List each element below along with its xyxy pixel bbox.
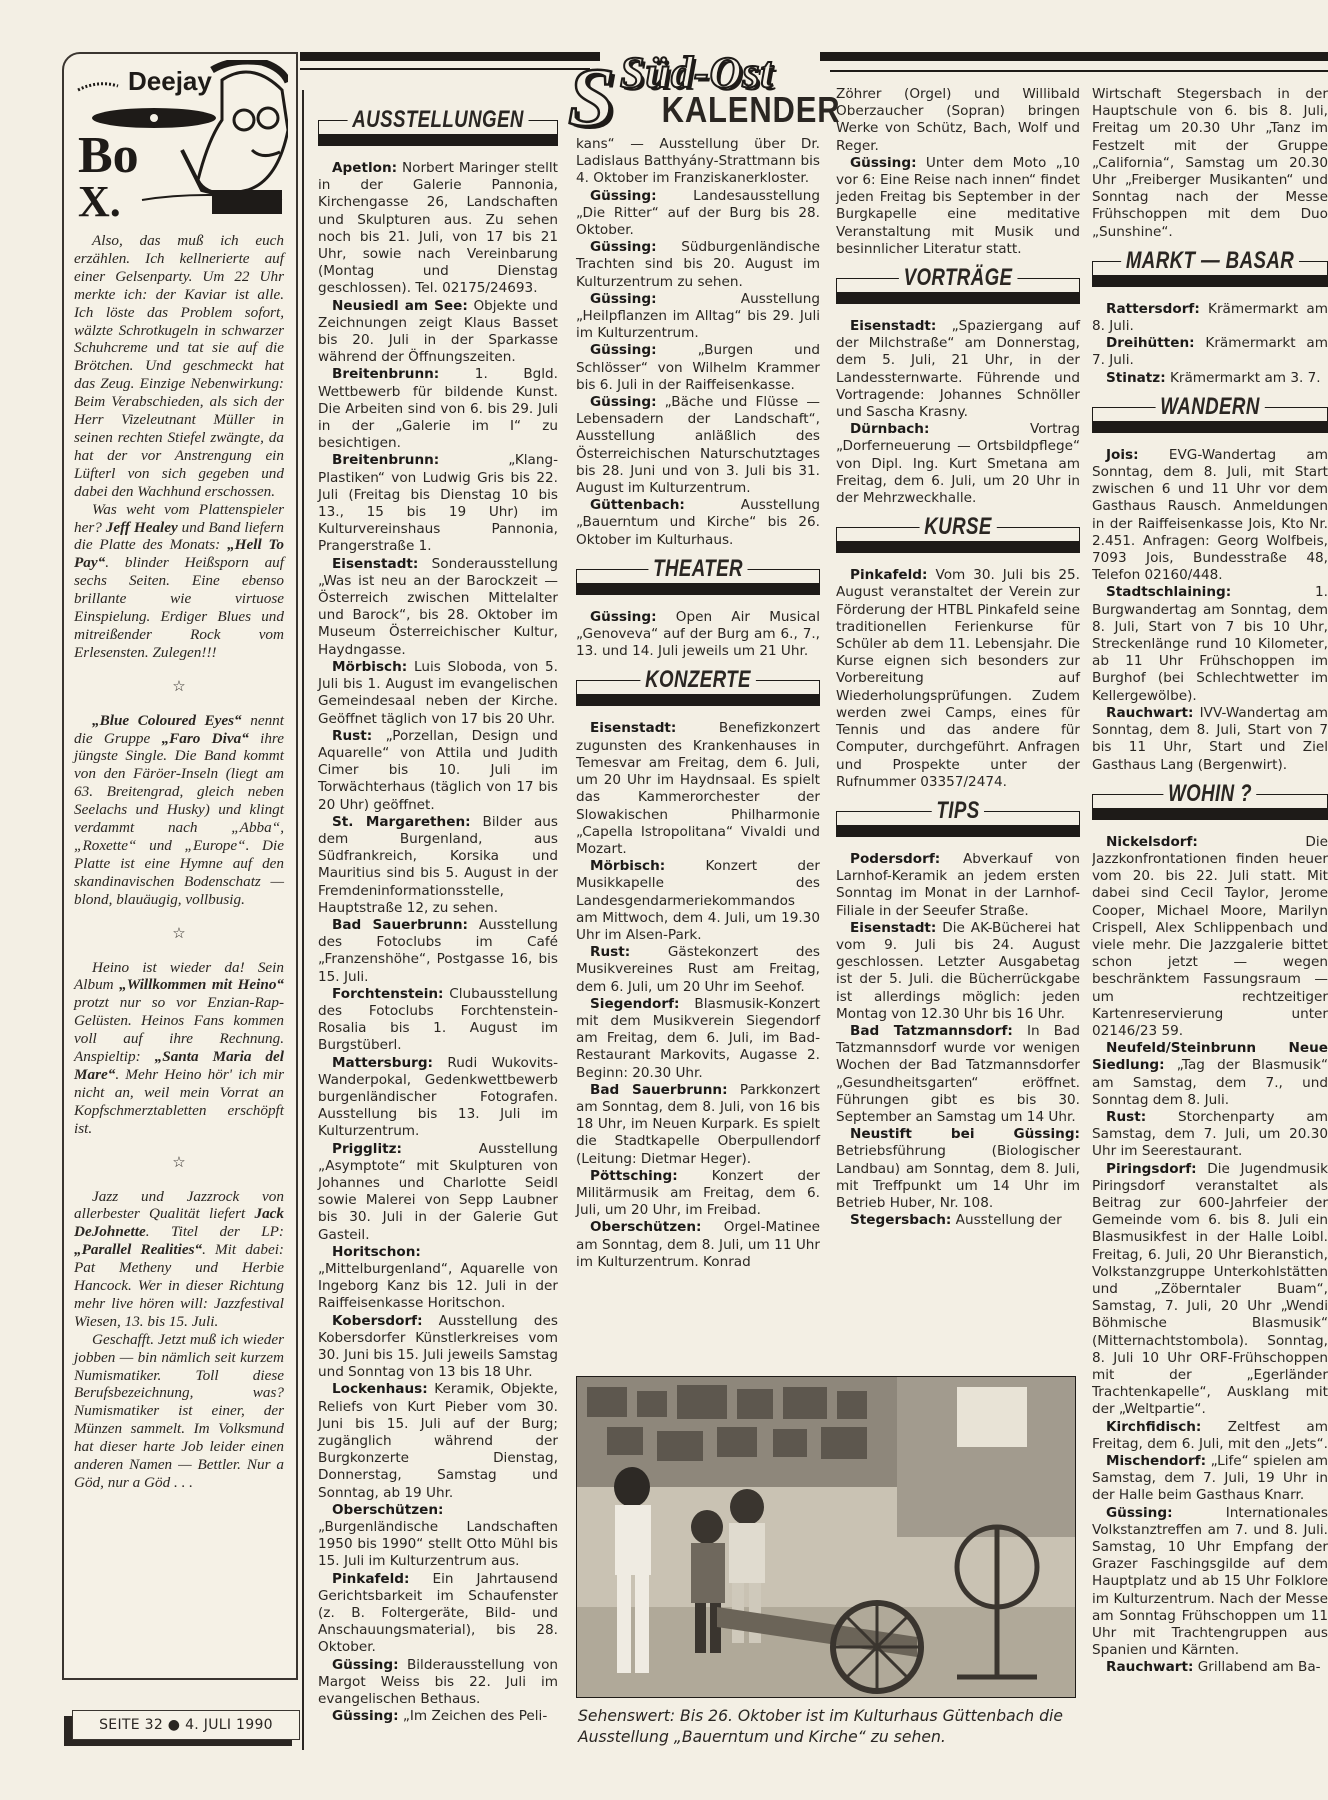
section-header-konzerte: KONZERTE (576, 666, 820, 710)
event-entry: Forchtenstein: Clubausstellung des Fotoc… (318, 986, 558, 1055)
paragraph-text: Geschafft. Jetzt muß ich wieder jobben —… (74, 1331, 284, 1491)
event-text: Die Jazzkonfrontationen finden heuer vom… (1092, 834, 1328, 1039)
event-entry: Rust: Storchenparty am Samstag, dem 7. J… (1092, 1109, 1328, 1161)
section-bar (836, 541, 1080, 553)
event-place: Apetlon: (332, 160, 397, 176)
event-place: Horitschon: (332, 1244, 421, 1260)
event-place: Rust: (590, 944, 630, 960)
event-entry: Pinkafeld: Vom 30. Juli bis 25. August v… (836, 567, 1080, 791)
event-place: Bad Tatzmannsdorf: (850, 1023, 1013, 1039)
photo-illustration-icon (577, 1377, 1075, 1697)
event-entry: Bad Sauerbrunn: Ausstellung des Fotoclub… (318, 917, 558, 986)
deejay-paragraph: Heino ist wieder da! Sein Album „Willkom… (74, 959, 284, 1138)
column-3: Zöhrer (Orgel) und Willibald Oberzaucher… (836, 86, 1080, 1366)
event-text: „Mittelburgenland“, Aquarelle von Ingebo… (318, 1261, 558, 1311)
event-place: Stadtschlaining: (1106, 584, 1231, 600)
section-bar (318, 134, 558, 146)
event-entry: Güssing: „Im Zeichen des Peli- (318, 1708, 558, 1725)
event-entry: Eisenstadt: Sonderausstellung „Was ist n… (318, 556, 558, 659)
event-place: Siegendorf: (590, 996, 679, 1012)
section-bar (836, 825, 1080, 837)
event-text: Norbert Maringer stellt in der Galerie P… (318, 160, 558, 296)
event-place: Pöttsching: (590, 1168, 678, 1184)
event-entry: Güssing: Landesausstellung „Die Ritter“ … (576, 188, 820, 240)
star-separator-icon: ☆ (74, 678, 284, 696)
event-place: Mörbisch: (590, 858, 665, 874)
event-place: Rust: (1106, 1109, 1146, 1125)
event-entry: Güssing: Unter dem Moto „10 vor 6: Eine … (836, 155, 1080, 258)
section-bar (576, 694, 820, 706)
event-place: Lockenhaus: (332, 1381, 428, 1397)
event-entry: Dreihütten: Krämermarkt am 7. Juli. (1092, 335, 1328, 369)
event-place: Prigglitz: (332, 1141, 402, 1157)
event-place: Stegersbach: (850, 1212, 951, 1228)
event-text: Vom 30. Juli bis 25. August veranstaltet… (836, 567, 1080, 789)
highlight-title: „Blue Coloured Eyes“ (92, 712, 242, 729)
event-place: Eisenstadt: (850, 318, 936, 334)
event-place: Stinatz: (1106, 370, 1166, 386)
section-bar (836, 292, 1080, 304)
star-separator-icon: ☆ (74, 925, 284, 943)
event-place: St. Margarethen: (332, 814, 471, 830)
section-bar (1092, 421, 1328, 433)
event-entry: Güssing: Ausstellung „Heilpflanzen im Al… (576, 291, 820, 343)
event-entry: Eisenstadt: „Spaziergang auf der Milchst… (836, 318, 1080, 421)
section-header-kurse: KURSE (836, 513, 1080, 557)
event-entry: Neufeld/Steinbrunn Neue Siedlung: „Tag d… (1092, 1040, 1328, 1109)
star-separator-icon: ☆ (74, 1154, 284, 1172)
event-entry: Bad Tatzmannsdorf: In Bad Tatzmannsdorf … (836, 1023, 1080, 1126)
event-place: Eisenstadt: (590, 720, 676, 736)
event-place: Güssing: (590, 342, 657, 358)
event-entry: Oberschützen: „Burgenländische Landschaf… (318, 1502, 558, 1571)
event-entry: Stadtschlaining: 1. Burgwandertag am Son… (1092, 584, 1328, 704)
event-entry: Neusiedl am See: Objekte und Zeichnungen… (318, 298, 558, 367)
event-text: „Im Zeichen des Peli- (399, 1708, 548, 1724)
section-header-wandern: WANDERN (1092, 393, 1328, 437)
event-place: Güssing: (590, 394, 657, 410)
event-entry: Apetlon: Norbert Maringer stellt in der … (318, 160, 558, 298)
deejay-box-text: Also, das muß ich euch erzählen. Ich kel… (74, 232, 284, 1492)
column-divider (302, 90, 304, 1750)
event-entry: Rust: „Porzellan, Design und Aquarelle“ … (318, 728, 558, 814)
event-place: Güssing: (1106, 1505, 1173, 1521)
event-entry: Nickelsdorf: Die Jazzkonfrontationen fin… (1092, 834, 1328, 1040)
deejay-paragraph: „Blue Coloured Eyes“ nennt die Gruppe „F… (74, 712, 284, 909)
event-place: Neusiedl am See: (332, 298, 468, 314)
event-entry: Piringsdorf: Die Jugendmusik Piringsdorf… (1092, 1161, 1328, 1419)
event-text: Benefizkonzert zugunsten des Krankenhaus… (576, 720, 820, 856)
event-place: Güssing: (590, 239, 657, 255)
event-text: Internationales Volkstanztreffen am 7. u… (1092, 1505, 1328, 1659)
kalender-title-kalender: KALENDER (610, 90, 840, 130)
event-entry: Oberschützen: Orgel-Matinee am Sonntag, … (576, 1219, 820, 1271)
section-header-theater: THEATER (576, 555, 820, 599)
kalender-title: S Süd-Ost KALENDER (580, 50, 830, 130)
column-4: Wirtschaft Stegersbach in der Hauptschul… (1092, 86, 1328, 1786)
paragraph-text: ihre jüngste Single. Die Band kommt von … (74, 730, 284, 908)
event-place: Rust: (332, 728, 372, 744)
event-entry: Lockenhaus: Keramik, Objekte, Reliefs vo… (318, 1381, 558, 1501)
highlight-title: „Faro Diva“ (162, 730, 249, 747)
event-entry: Stinatz: Krämermarkt am 3. 7. (1092, 370, 1328, 387)
deejay-paragraph: Was weht vom Plattenspieler her? Jeff He… (74, 501, 284, 662)
event-place: Güssing: (590, 291, 657, 307)
event-place: Dürnbach: (850, 421, 929, 437)
paragraph-text: Jazz und Jazzrock von allerbester Qualit… (74, 1188, 284, 1223)
column-1: AUSSTELLUNGENApetlon: Norbert Maringer s… (318, 100, 558, 1760)
event-entry: Rauchwart: Grillabend am Ba- (1092, 1659, 1328, 1676)
event-text: Keramik, Objekte, Reliefs von Kurt Piebe… (318, 1381, 558, 1500)
event-place: Rattersdorf: (1106, 301, 1200, 317)
event-entry: Mörbisch: Luis Sloboda, von 5. Juli bis … (318, 659, 558, 728)
kalender-title-s: S (568, 58, 615, 138)
event-place: Güssing: (590, 188, 657, 204)
section-header-wohin: WOHIN ? (1092, 780, 1328, 824)
event-place: Güssing: (850, 155, 917, 171)
event-place: Kirchfidisch: (1106, 1419, 1201, 1435)
exhibition-photo (576, 1376, 1076, 1698)
event-entry-continued: kans“ — Ausstellung über Dr. Ladislaus B… (576, 136, 820, 188)
event-entry: St. Margarethen: Bilder aus dem Burgenla… (318, 814, 558, 917)
event-place: Jois: (1106, 447, 1139, 463)
section-header-tips: TIPS (836, 797, 1080, 841)
event-place: Bad Sauerbrunn: (590, 1082, 728, 1098)
event-entry: Breitenbrunn: „Klang-Plastiken“ von Ludw… (318, 452, 558, 555)
event-entry: Rattersdorf: Krämermarkt am 8. Juli. (1092, 301, 1328, 335)
event-entry: Güssing: Internationales Volkstanztreffe… (1092, 1505, 1328, 1660)
event-place: Güssing: (332, 1708, 399, 1724)
event-place: Rauchwart: (1106, 1659, 1193, 1675)
event-entry-continued: Zöhrer (Orgel) und Willibald Oberzaucher… (836, 86, 1080, 155)
event-place: Güssing: (590, 609, 657, 625)
photo-caption: Sehenswert: Bis 26. Oktober ist im Kultu… (578, 1706, 1078, 1747)
event-text: Die Jugendmusik Piringsdorf veranstaltet… (1092, 1161, 1328, 1418)
paragraph-text: . blinder Heißsporn auf sechs Seiten. Ei… (74, 554, 284, 661)
highlight-title: „Parallel Realities“ (74, 1241, 202, 1258)
event-place: Podersdorf: (850, 851, 940, 867)
section-title: KURSE (920, 513, 997, 541)
event-place: Rauchwart: (1106, 705, 1193, 721)
event-place: Mörbisch: (332, 659, 407, 675)
deejay-box-logo: Deejay Bo X. (72, 60, 288, 220)
event-place: Pinkafeld: (332, 1571, 409, 1587)
event-entry: Kirchfidisch: Zeltfest am Freitag, dem 6… (1092, 1419, 1328, 1453)
event-place: Oberschützen: (590, 1219, 701, 1235)
event-entry: Prigglitz: Ausstellung „Asymptote“ mit S… (318, 1141, 558, 1244)
event-entry: Güssing: Open Air Musical „Genoveva“ auf… (576, 609, 820, 661)
top-rule-right (820, 52, 1328, 61)
svg-text:Deejay: Deejay (128, 66, 212, 96)
event-place: Piringsdorf: (1106, 1161, 1197, 1177)
event-place: Güttenbach: (590, 497, 685, 513)
event-text: 1. Burgwandertag am Sonntag, dem 8. Juli… (1092, 584, 1328, 703)
event-place: Neustift bei Güssing: (850, 1126, 1080, 1142)
event-entry: Eisenstadt: Die AK-Bücherei hat vom 9. J… (836, 920, 1080, 1023)
event-entry: Rust: Gästekonzert des Musikvereines Rus… (576, 944, 820, 996)
event-place: Breitenbrunn: (332, 366, 439, 382)
event-text: Betriebsführung (Biologischer Landbau) a… (836, 1143, 1080, 1211)
event-entry: Mattersburg: Rudi Wukovits-Wanderpokal, … (318, 1055, 558, 1141)
section-title: KONZERTE (640, 666, 755, 694)
event-entry: Güssing: „Bäche und Flüsse — Lebensadern… (576, 394, 820, 497)
column-2: kans“ — Ausstellung über Dr. Ladislaus B… (576, 136, 820, 1366)
event-place: Oberschützen: (332, 1502, 443, 1518)
event-entry: Pöttsching: Konzert der Militärmusik am … (576, 1168, 820, 1220)
highlight-title: Jeff Healey (106, 519, 178, 536)
event-place: Mattersburg: (332, 1055, 433, 1071)
event-entry: Dürnbach: Vortrag „Dorferneuerung — Orts… (836, 421, 1080, 507)
deejay-paragraph: Geschafft. Jetzt muß ich wieder jobben —… (74, 1331, 284, 1492)
event-entry: Rauchwart: IVV-Wandertag am Sonntag, dem… (1092, 705, 1328, 774)
event-entry: Podersdorf: Abverkauf von Larnhof-Kerami… (836, 851, 1080, 920)
event-place: Nickelsdorf: (1106, 834, 1198, 850)
svg-text:X.: X. (78, 177, 121, 220)
deejay-paragraph: Also, das muß ich euch erzählen. Ich kel… (74, 232, 284, 501)
section-header-ausstellungen: AUSSTELLUNGEN (318, 106, 558, 150)
section-header-vortraege: VORTRÄGE (836, 264, 1080, 308)
paragraph-text: Also, das muß ich euch erzählen. Ich kel… (74, 232, 284, 500)
event-entry: Horitschon: „Mittelburgenland“, Aquarell… (318, 1244, 558, 1313)
top-rule-left-thin (300, 68, 590, 70)
event-place: Güssing: (332, 1657, 399, 1673)
event-entry: Stegersbach: Ausstellung der (836, 1212, 1080, 1229)
svg-text:Bo: Bo (78, 127, 139, 184)
section-title: MARKT — BASAR (1121, 247, 1299, 275)
event-entry: Güssing: „Burgen und Schlösser“ von Wilh… (576, 342, 820, 394)
event-place: Breitenbrunn: (332, 452, 439, 468)
event-entry: Bad Sauerbrunn: Parkkonzert am Sonntag, … (576, 1082, 820, 1168)
deejay-box: Deejay Bo X. Also, das muß ich euch erzä… (62, 52, 298, 1680)
event-entry: Güssing: Südburgenländische Trachten sin… (576, 239, 820, 291)
event-entry: Eisenstadt: Benefizkonzert zugunsten des… (576, 720, 820, 858)
event-text: Grillabend am Ba- (1193, 1659, 1320, 1675)
event-entry: Mischendorf: „Life“ spielen am Samstag, … (1092, 1453, 1328, 1505)
event-entry-continued: Wirtschaft Stegersbach in der Hauptschul… (1092, 86, 1328, 241)
event-entry: Güssing: Bilderausstellung von Margot We… (318, 1657, 558, 1709)
highlight-title: „Willkommen mit Heino“ (119, 976, 284, 993)
section-title: AUSSTELLUNGEN (348, 106, 529, 134)
section-bar (1092, 275, 1328, 287)
deejay-paragraph: Jazz und Jazzrock von allerbester Qualit… (74, 1188, 284, 1331)
event-place: Kobersdorf: (332, 1313, 423, 1329)
section-title: WOHIN ? (1163, 780, 1256, 808)
event-entry: Breitenbrunn: 1. Bgld. Wettbewerb für bi… (318, 366, 558, 452)
event-place: Pinkafeld: (850, 567, 927, 583)
event-entry: Siegendorf: Blasmusik-Konzert mit dem Mu… (576, 996, 820, 1082)
event-place: Mischendorf: (1106, 1453, 1206, 1469)
section-bar (576, 583, 820, 595)
event-text: EVG-Wandertag am Sonntag, dem 8. Juli, m… (1092, 447, 1328, 583)
top-rule-left (300, 52, 600, 61)
event-place: Forchtenstein: (332, 986, 444, 1002)
section-title: WANDERN (1156, 393, 1265, 421)
top-rule-right-thin (830, 70, 1328, 72)
section-title: VORTRÄGE (899, 264, 1017, 292)
section-header-markt: MARKT — BASAR (1092, 247, 1328, 291)
event-entry: Kobersdorf: Ausstellung des Kobersdorfer… (318, 1313, 558, 1382)
event-place: Bad Sauerbrunn: (332, 917, 468, 933)
event-place: Eisenstadt: (850, 920, 936, 936)
event-text: Ausstellung der (951, 1212, 1061, 1228)
event-text: „Burgenländische Landschaften 1950 bis 1… (318, 1519, 558, 1569)
event-entry: Neustift bei Güssing: Betriebsführung (B… (836, 1126, 1080, 1212)
page-footer-badge: SEITE 32 ● 4. JULI 1990 (72, 1710, 300, 1740)
event-entry: Jois: EVG-Wandertag am Sonntag, dem 8. J… (1092, 447, 1328, 585)
event-entry: Pinkafeld: Ein Jahrtausend Gerichtsbarke… (318, 1571, 558, 1657)
section-title: TIPS (932, 797, 985, 825)
event-entry: Mörbisch: Konzert der Musikkapelle des L… (576, 858, 820, 944)
event-place: Dreihütten: (1106, 335, 1195, 351)
section-title: THEATER (648, 555, 747, 583)
section-bar (1092, 808, 1328, 820)
paragraph-text: . Titel der LP: (146, 1223, 284, 1240)
deejay-cartoon-icon: Deejay Bo X. (72, 60, 288, 220)
event-place: Eisenstadt: (332, 556, 418, 572)
event-entry: Güttenbach: Ausstellung „Bauerntum und K… (576, 497, 820, 549)
event-text: Krämermarkt am 3. 7. (1166, 370, 1321, 386)
